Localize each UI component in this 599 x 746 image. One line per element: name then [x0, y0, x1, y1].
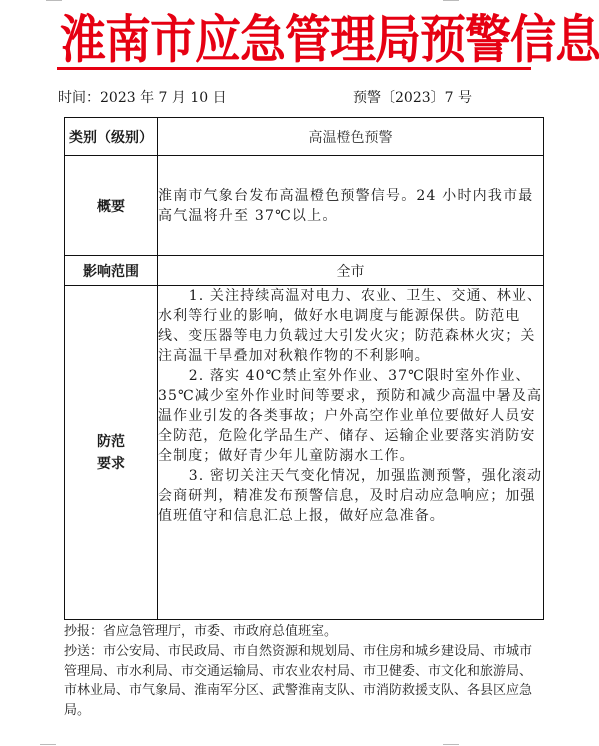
crop-mark-bottom-left — [40, 744, 56, 745]
time-label: 时间： — [58, 90, 100, 106]
cc-send: 抄送：市公安局、市民政局、市自然资源和规划局、市住房和城乡建设局、市城市管理局、… — [64, 642, 544, 720]
row-category: 类别（级别） 高温橙色预警 — [65, 118, 544, 156]
row-requirements: 防范 要求 1. 关注持续高温对电力、农业、卫生、交通、林业、水利等行业的影响，… — [65, 286, 544, 620]
requirements-label-line1: 防范 — [65, 431, 157, 453]
requirement-item-2: 2. 落实 40℃禁止室外作业、37℃限时室外作业、35℃减少室外作业时间等要求… — [158, 366, 543, 466]
date-value: 2023 年 7 月 10 日 — [100, 90, 227, 106]
title-red-rule — [57, 67, 531, 70]
summary-value: 淮南市气象台发布高温橙色预警信号。24 小时内我市最高气温将升至 37℃以上。 — [158, 156, 544, 256]
crop-mark-bottom-right — [443, 744, 459, 745]
requirement-item-3: 3. 密切关注天气变化情况，加强监测预警，强化滚动会商研判，精准发布预警信息，及… — [158, 466, 543, 526]
category-value: 高温橙色预警 — [158, 118, 544, 156]
cc-report: 抄报：省应急管理厅，市委、市政府总值班室。 — [64, 622, 544, 642]
summary-label: 概要 — [65, 156, 158, 256]
issue-date: 时间：2023 年 7 月 10 日 — [58, 88, 227, 108]
warning-info-table: 类别（级别） 高温橙色预警 概要 淮南市气象台发布高温橙色预警信号。24 小时内… — [64, 117, 544, 620]
row-scope: 影响范围 全市 — [65, 256, 544, 286]
row-summary: 概要 淮南市气象台发布高温橙色预警信号。24 小时内我市最高气温将升至 37℃以… — [65, 156, 544, 256]
requirement-item-1: 1. 关注持续高温对电力、农业、卫生、交通、林业、水利等行业的影响，做好水电调度… — [158, 286, 543, 366]
requirements-value: 1. 关注持续高温对电力、农业、卫生、交通、林业、水利等行业的影响，做好水电调度… — [158, 286, 544, 620]
document-number: 预警〔2023〕7 号 — [353, 88, 472, 108]
scope-label: 影响范围 — [65, 256, 158, 286]
document-title: 淮南市应急管理局预警信息 — [60, 6, 538, 73]
crop-mark-top-left — [46, 0, 62, 1]
requirements-label-line2: 要求 — [65, 453, 157, 475]
crop-mark-top-right — [443, 0, 459, 1]
requirements-label: 防范 要求 — [65, 286, 158, 620]
category-label: 类别（级别） — [65, 118, 158, 156]
scope-value: 全市 — [158, 256, 544, 286]
